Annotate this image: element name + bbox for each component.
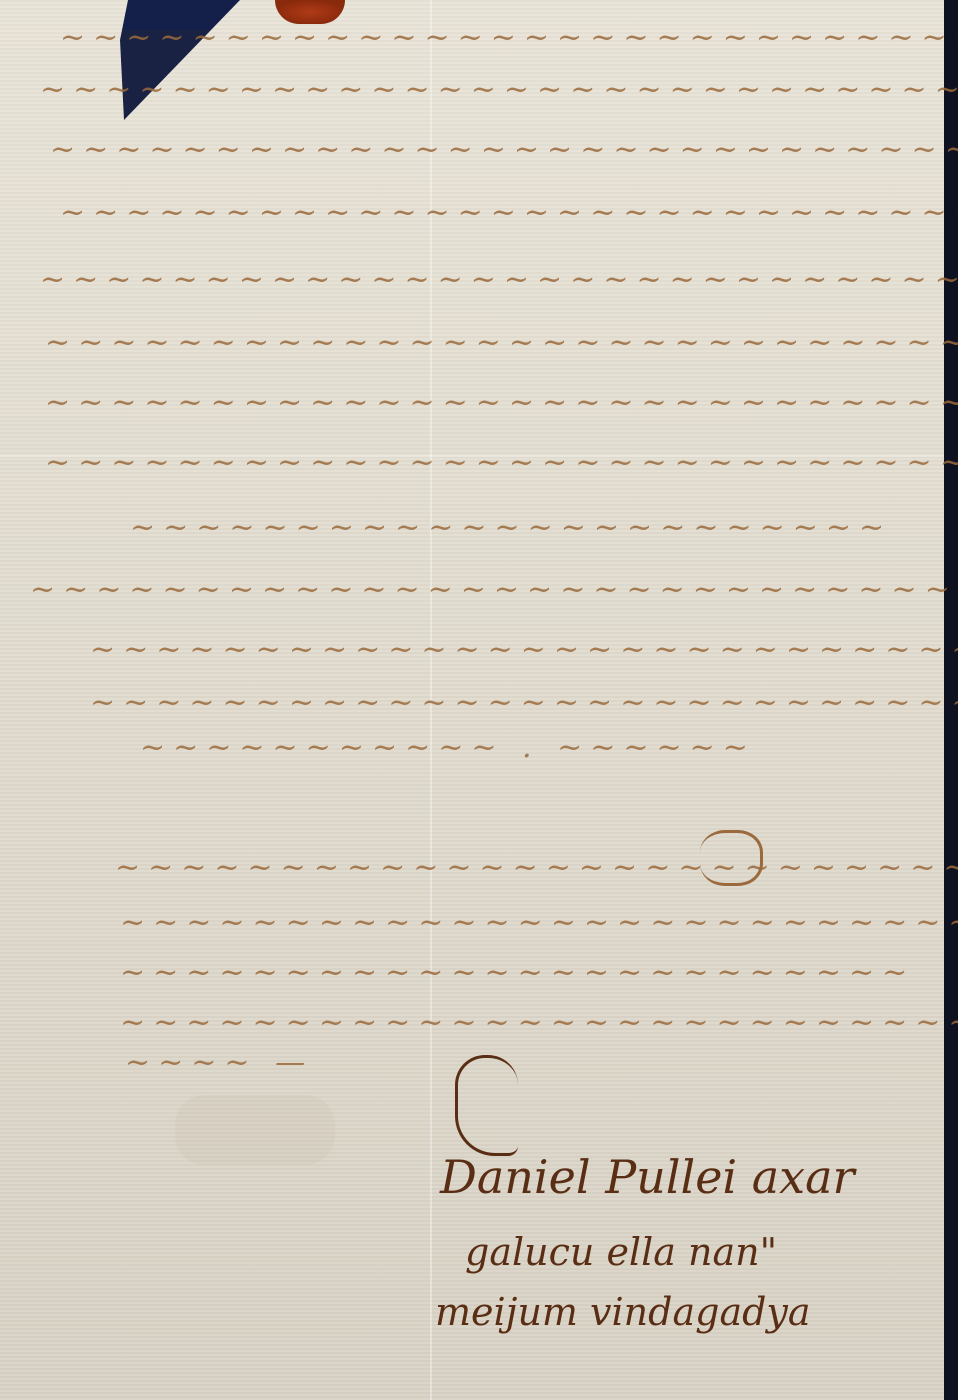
manuscript-line-12: ~~~~~~~~~~~~~~~~~~~~~~~~~~~~~~~~ (90, 685, 958, 720)
manuscript-line-9: ~~~~~~~~~~~~~~~~~~~~~~~ (130, 510, 892, 545)
manuscript-line-13: ~~~~~~~~~~~ . ~~~~~~ (140, 730, 756, 765)
manuscript-line-11: ~~~~~~~~~~~~~~~~~~~~~~~~~~~~~~~~ (90, 632, 958, 667)
watermark (175, 1095, 335, 1165)
manuscript-line-5: ~~~~~~~~~~~~~~~~~~~~~~~~~~~~~~~~~ (40, 262, 958, 297)
manuscript-line-16: ~~~~~~~~~~~~~~~~~~~~~~~~ (120, 955, 915, 990)
manuscript-line-6: ~~~~~~~~~~~~~~~~~~~~~~~~~~~~~~~~ (45, 325, 958, 360)
manuscript-line-18: ~~~~ — (125, 1045, 313, 1080)
manuscript-line-8: ~~~~~~~~~~~~~~~~~~~~~~~~~~~~~~~~ (45, 445, 958, 480)
manuscript-line-2: ~~~~~~~~~~~~~~~~~~~~~~~~~~~~~~~ (40, 72, 958, 107)
manuscript-line-14: ~~~~~~~~~~~~~~~~~~~~~~~~~~~~~ (115, 850, 958, 885)
manuscript-line-17: ~~~~~~~~~~~~~~~~~~~~~~~~~~~~~ (120, 1005, 958, 1040)
signature-line-3: meijum vindagadya (435, 1290, 811, 1334)
manuscript-line-3: ~~~~~~~~~~~~~~~~~~~~~~~~~~~~~~~~ (50, 132, 958, 167)
signature-line-2: galucu ella nan" (465, 1230, 777, 1274)
signature-flourish (455, 1055, 518, 1156)
manuscript-line-4: ~~~~~~~~~~~~~~~~~~~~~~~~~~~~~~ (60, 195, 958, 230)
manuscript-line-10: ~~~~~~~~~~~~~~~~~~~~~~~~~~~~~~~~~ (30, 572, 958, 607)
manuscript-line-7: ~~~~~~~~~~~~~~~~~~~~~~~~~~~~~~~~~ (45, 385, 958, 420)
manuscript-line-1: ~~~~~~~~~~~~~~~~~~~~~~~~~~~~~~~~ (60, 20, 958, 55)
signature-line-1: Daniel Pullei axar (440, 1150, 855, 1204)
manuscript-line-15: ~~~~~~~~~~~~~~~~~~~~~~~~~~~~~ (120, 905, 958, 940)
